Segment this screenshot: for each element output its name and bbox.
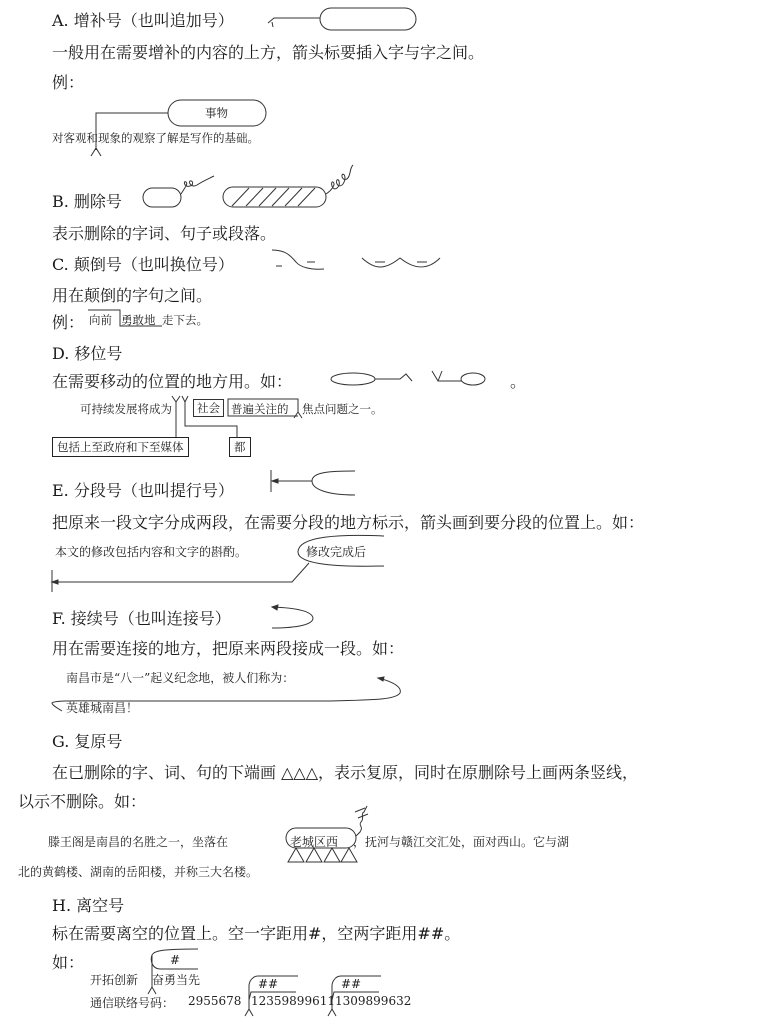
section-f-example-line2: 英雄城南昌！ [66, 699, 138, 716]
section-c-example-rest: 走下去。 [162, 312, 208, 328]
section-e-example-text2: 修改完成后 [306, 543, 366, 560]
section-h-example2-num3: 1309899632 [335, 994, 411, 1008]
section-d-example-move1: 包括上至政府和下至媒体 [52, 437, 189, 457]
section-d-example-box1: 社会 [193, 399, 224, 417]
section-h-desc: 标在需要离空的位置上。空一字距用#，空两字距用##。 [52, 921, 460, 944]
insert-mark-icon [268, 8, 416, 30]
section-h-example1-pre: 开拓创新 [90, 971, 138, 988]
delete-block-mark-icon [223, 165, 353, 207]
section-e-example-text1: 本文的修改包括内容和文字的斟酌。 [55, 543, 247, 560]
section-a-example-label: 例： [52, 70, 84, 93]
move-mark-icon [331, 371, 485, 385]
section-h-title: H. 离空号 [52, 893, 124, 916]
section-g-desc-line1: 在已删除的字、词、句的下端画 △△△，表示复原，同时在原删除号上画两条竖线， [52, 760, 638, 783]
section-d-example-mid: 普遍关注的 [231, 401, 289, 417]
section-h-example2-num2: 12359899611 [251, 994, 335, 1008]
section-g-example-restored: 老城区西 [290, 833, 338, 850]
section-h-example-label: 如： [52, 950, 84, 973]
section-g-example-pre: 滕王阁是南昌的名胜之一，坐落在 [48, 833, 228, 850]
section-g-example-line2: 北的黄鹤楼、湖南的岳阳楼，并称三大名楼。 [18, 863, 258, 880]
transpose-mark-icon [272, 250, 440, 269]
section-a-title: A. 增补号（也叫追加号） [52, 8, 234, 31]
section-h-example1-mark: # [170, 953, 180, 967]
section-h-example2-label: 通信联络号码： [90, 994, 174, 1011]
section-d-title: D. 移位号 [52, 341, 122, 364]
section-g-desc-line2: 以示不删除。如： [18, 789, 146, 812]
section-g-title: G. 复原号 [52, 729, 122, 752]
section-b-title: B. 删除号 [52, 189, 122, 212]
section-d-desc-end: 。 [510, 369, 526, 392]
section-h-example2-mark-1: ## [258, 977, 278, 991]
section-h-example1-post: 奋勇当先 [152, 971, 200, 988]
section-d-example-suffix: 焦点问题之一。 [302, 401, 383, 417]
section-e-desc: 把原来一段文字分成两段，在需要分段的地方标示，箭头画到要分段的位置上。如： [52, 510, 644, 533]
section-h-example2-num1: 2955678 [188, 994, 241, 1008]
connect-mark-icon [272, 605, 313, 628]
section-d-example-move2: 都 [229, 437, 251, 457]
section-g-example-post: ，抚河与赣江交汇处，面对西山。它与湖 [353, 833, 569, 850]
delete-mark-icon [143, 176, 214, 207]
section-c-example-label: 例： [52, 310, 84, 333]
section-a-example-insert: 事物 [205, 105, 228, 121]
paragraph-mark-icon [271, 470, 355, 495]
section-d-example-prefix: 可持续发展将成为 [80, 401, 172, 417]
section-c-example-part2: 勇敢地 [121, 312, 156, 328]
section-c-example-part1: 向前 [89, 312, 112, 328]
section-e-title: E. 分段号（也叫提行号） [52, 478, 234, 501]
section-d-desc: 在需要移动的位置的地方用。如： [52, 369, 292, 392]
section-c-desc: 用在颠倒的字句之间。 [52, 283, 212, 306]
section-h-example2-mark-2: ## [341, 977, 361, 991]
section-a-desc: 一般用在需要增补的内容的上方，箭头标要插入字与字之间。 [52, 40, 484, 63]
section-c-title: C. 颠倒号（也叫换位号） [52, 252, 234, 275]
section-b-desc: 表示删除的字词、句子或段落。 [52, 221, 276, 244]
section-f-example-line1: 南昌市是“八一”起义纪念地，被人们称为： [66, 669, 294, 686]
section-f-desc: 用在需要连接的地方，把原来两段接成一段。如： [52, 636, 404, 659]
section-a-example-text: 对客观和现象的观察了解是写作的基础。 [52, 130, 259, 146]
insert-example-mark-icon [91, 100, 266, 156]
section-f-title: F. 接续号（也叫连接号） [52, 606, 231, 629]
